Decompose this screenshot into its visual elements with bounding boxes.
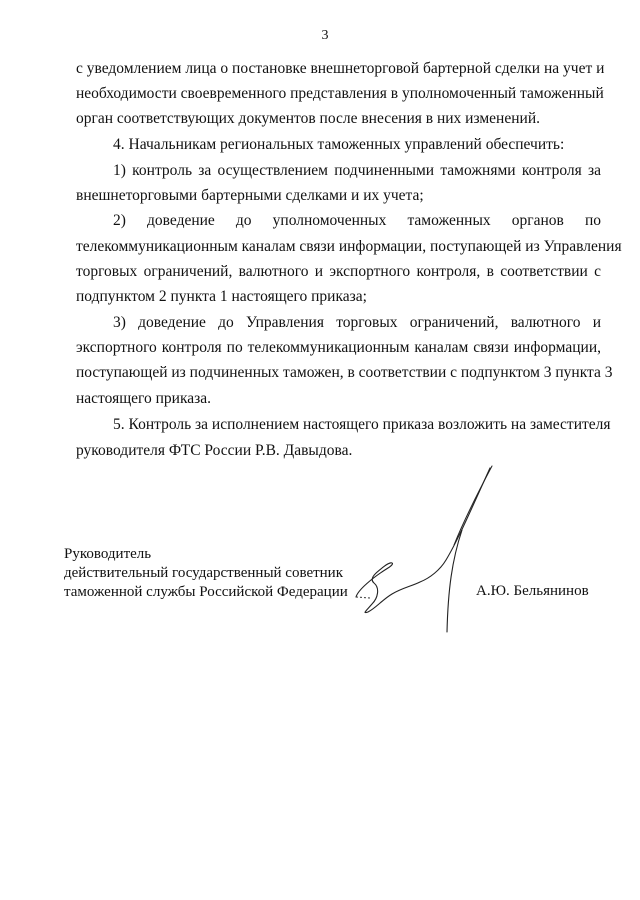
list-item-3-line: поступающей из подчиненных таможен, в со… (76, 363, 601, 383)
signer-position-title: Руководитель (64, 545, 151, 564)
paragraph-line: необходимости своевременного представлен… (76, 84, 601, 104)
list-item-2-line: подпунктом 2 пункта 1 настоящего приказа… (76, 287, 601, 307)
list-item-2-line: телекоммуникационным каналам связи инфор… (76, 237, 601, 257)
list-item-3-line: 3) доведение до Управления торговых огра… (113, 313, 601, 333)
list-item-2-line: торговых ограничений, валютного и экспор… (76, 262, 601, 282)
signer-rank-service: таможенной службы Российской Федерации (64, 583, 348, 602)
list-item-3-line: экспортного контроля по телекоммуникацио… (76, 338, 601, 358)
section-5-line: 5. Контроль за исполнением настоящего пр… (113, 415, 601, 435)
section-4-heading: 4. Начальникам региональных таможенных у… (113, 135, 601, 155)
list-item-1-line: 1) контроль за осуществлением подчиненны… (113, 161, 601, 181)
list-item-1-line: внешнеторговыми бартерными сделками и их… (76, 186, 601, 206)
paragraph-line: орган соответствующих документов после в… (76, 109, 601, 129)
list-item-2-line: 2) доведение до уполномоченных таможенны… (113, 211, 601, 231)
section-5-line: руководителя ФТС России Р.В. Давыдова. (76, 441, 601, 461)
signer-name: А.Ю. Бельянинов (476, 582, 589, 601)
page-number: 3 (0, 28, 640, 44)
paragraph-line: с уведомлением лица о постановке внешнет… (76, 59, 601, 79)
signer-rank: действительный государственный советник (64, 564, 343, 583)
list-item-3-line: настоящего приказа. (76, 389, 601, 409)
